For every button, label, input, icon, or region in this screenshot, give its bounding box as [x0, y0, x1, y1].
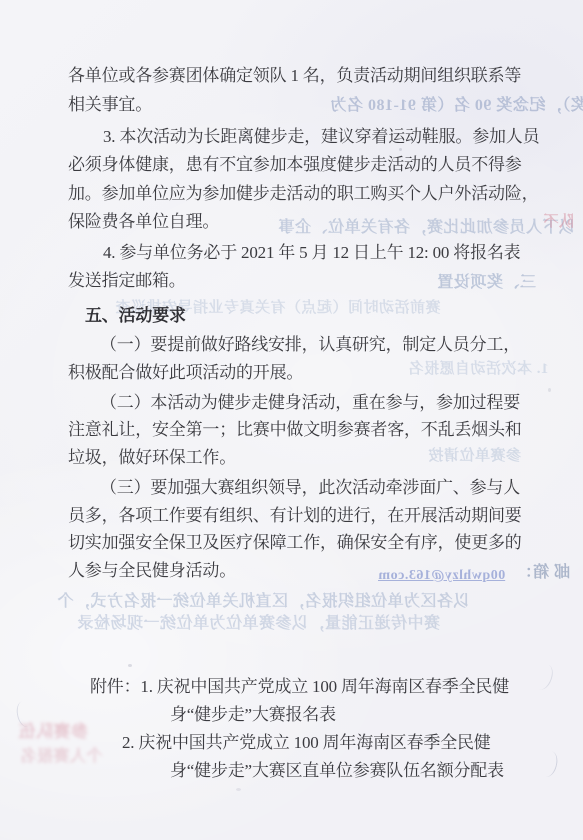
scan-artifact-layer — [0, 0, 583, 840]
scan-crease-mark — [538, 749, 560, 778]
scanned-document-page: 41-90 名为三等奖），纪念奖 90 名（第 91-180 名为以下人员参加此… — [0, 0, 583, 840]
paper-speck — [548, 388, 551, 392]
scan-crease-mark — [532, 662, 556, 692]
scan-crease-mark — [14, 700, 35, 729]
paper-speck — [399, 148, 402, 151]
paper-speck — [236, 788, 241, 791]
paper-speck — [128, 664, 132, 667]
